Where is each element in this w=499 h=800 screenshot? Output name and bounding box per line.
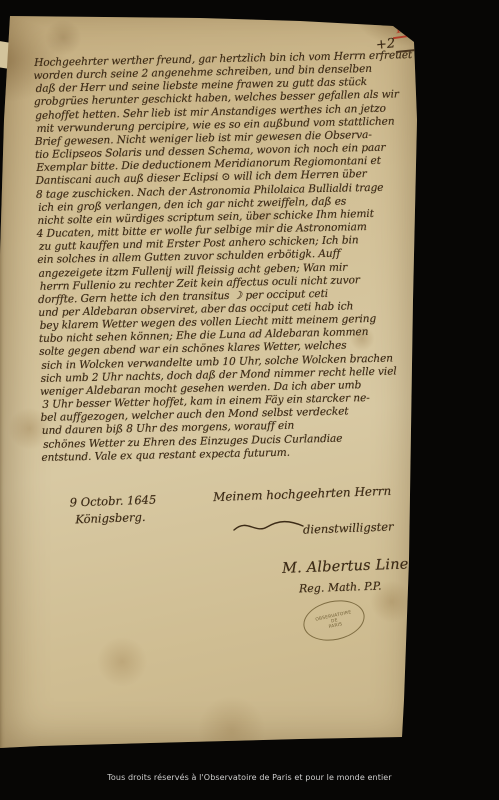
- signature: M. Albertus Lineman,: [282, 555, 446, 577]
- pen-flourish-icon: [233, 517, 305, 539]
- copyright-caption: Tous droits réservés à l'Observatoire de…: [0, 773, 499, 782]
- closing-salutation: Meinem hochgeehrten Herrn: [213, 484, 392, 504]
- dateline: 9 Octobr. 1645 Königsberg.: [69, 492, 157, 526]
- folio-number: 112: [394, 21, 417, 37]
- signature-title: Reg. Math. P.P.: [299, 580, 382, 596]
- letter-date: 9 Octobr. 1645: [69, 492, 156, 509]
- letter-page: 112 +2 Hochgeehrter werther freund, gar …: [0, 0, 421, 752]
- observatoire-stamp: OBSERVATOIRE DE PARIS: [300, 595, 369, 646]
- observatoire-stamp-text: OBSERVATOIRE DE PARIS: [314, 609, 353, 631]
- letter-place: Königsberg.: [75, 509, 157, 526]
- closing-valediction: dienstwilligster: [303, 519, 394, 536]
- letter-body: Hochgeehrter werther freund, gar hertzli…: [33, 49, 419, 465]
- manuscript-photo: 112 +2 Hochgeehrter werther freund, gar …: [0, 0, 499, 800]
